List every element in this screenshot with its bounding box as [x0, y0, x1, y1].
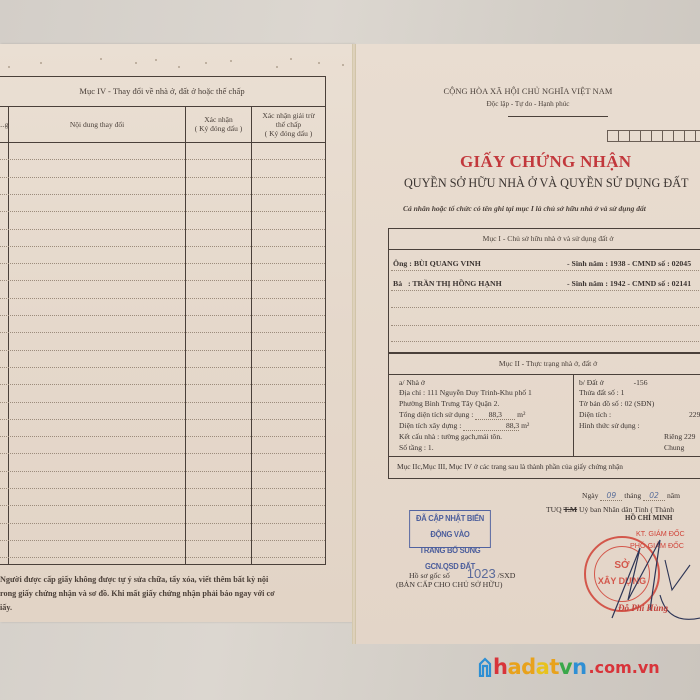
day-value: 09 [600, 491, 622, 501]
stamp-line-1: ĐÃ CẬP NHẬT BIẾN ĐỘNG VÀO [410, 511, 490, 543]
issue-date: Ngày 09 tháng 02 năm [582, 491, 680, 501]
certificate-subtitle: QUYỀN SỞ HỮU NHÀ Ở VÀ QUYỀN SỬ DỤNG ĐẤT [404, 176, 688, 191]
house-floors: Số tầng : 1. [399, 443, 434, 452]
owner-prefix: Bà : [393, 279, 411, 288]
label: năm [667, 491, 680, 500]
table-row [0, 367, 325, 368]
table-row [0, 540, 325, 541]
dotted-line [391, 341, 700, 342]
table-row [0, 402, 325, 403]
signer-title-1: KT. GIÁM ĐỐC [636, 528, 685, 540]
owner-row-1: Ông : BÙI QUANG VINH [393, 259, 481, 268]
land-private: Riêng 229 [664, 432, 695, 441]
watermark-letter: a [536, 655, 550, 679]
motto: Độc lập - Tự do - Hạnh phúc [356, 100, 700, 108]
section-4-table: Mục IV - Thay đổi về nhà ở, đất ở hoặc t… [0, 76, 326, 565]
unit: m² [517, 410, 525, 419]
file-number-value: 1023 [452, 566, 496, 581]
house-logo-icon [478, 657, 492, 677]
label: Địa chỉ : [399, 388, 425, 397]
table-row [0, 229, 325, 230]
owner-birth-2: - Sinh năm : 1942 - CMND số : 02141 [567, 279, 691, 288]
dotted-line [391, 270, 700, 271]
watermark-domain: .com.vn [589, 659, 660, 677]
table-row [0, 159, 325, 160]
column-divider [185, 106, 186, 564]
watermark-brand: hadatvn [493, 657, 587, 677]
table-row [0, 332, 325, 333]
watermark-letter: v [559, 655, 572, 679]
watermark-letter: a [507, 655, 521, 679]
issuer-line: TUQ T.M Uỷ ban Nhân dân Tỉnh ( Thành [546, 505, 674, 514]
issuer-city: HỒ CHÍ MINH [625, 514, 672, 522]
value: -156 [634, 378, 648, 387]
issuer-text: Uỷ ban Nhân dân Tỉnh ( Thành [579, 505, 674, 514]
table-row [0, 557, 325, 558]
house-heading: a/ Nhà ở [399, 378, 425, 387]
owner-birth-1: - Sinh năm : 1938 - CMND số : 02045 [567, 259, 691, 268]
table-row [0, 263, 325, 264]
label: Diện tích xây dựng : [399, 421, 461, 430]
header-cell-confirm: Xác nhận ( Ký đóng dấu ) [186, 106, 251, 142]
section-2-footer: Mục IIc,Mục III, Mục IV ở các trang sau … [388, 457, 700, 479]
column-divider [8, 106, 9, 564]
value: 02 (SĐN) [625, 399, 655, 408]
section-1-box: Mục I - Chủ sở hữu nhà ở và sử dụng đất … [388, 228, 700, 353]
label: Thửa đất số : [579, 388, 619, 397]
signer-name: Đỗ Phi Hùng [618, 603, 668, 613]
header-cell-content: Nội dung thay đổi [9, 106, 185, 142]
month-value: 02 [643, 491, 665, 501]
table-row [0, 523, 325, 524]
unit: m² [521, 421, 529, 430]
table-row [0, 436, 325, 437]
house-address-line1: Địa chỉ : 111 Nguyễn Duy Trinh-Khu phố 1 [399, 388, 532, 397]
land-area: Diện tích : 229 [579, 410, 611, 419]
certificate-intro: Cá nhân hoặc tổ chức có tên ghi tại mục … [403, 204, 646, 213]
table-row [0, 488, 325, 489]
motto-underline [508, 116, 608, 117]
label: TUQ [546, 505, 562, 514]
land-shared: Chung [664, 443, 684, 452]
value: 111 Nguyễn Duy Trinh-Khu phố 1 [427, 388, 532, 397]
value: 1. [428, 443, 434, 452]
label: Kết cấu nhà : [399, 432, 439, 441]
section-2-title: Mục II - Thực trạng nhà ở, đất ở [389, 354, 700, 375]
value: 229 [689, 410, 700, 419]
table-row [0, 194, 325, 195]
value: tường gạch,mái tôn. [441, 432, 502, 441]
section-2-footer-text: Mục IIc,Mục III, Mục IV ở các trang sau … [397, 457, 623, 477]
value: 88,3 [475, 410, 515, 420]
owner-prefix: Ông : [393, 259, 412, 268]
official-seal: SỞ XÂY DỰNG [584, 536, 660, 612]
seal-line-2: XÂY DỰNG [586, 576, 658, 586]
owner-name: BÙI QUANG VINH [414, 259, 481, 268]
warning-line: iấy. [0, 601, 340, 615]
label: Diện tích : [579, 410, 611, 419]
section-2-box: Mục II - Thực trạng nhà ở, đất ở a/ Nhà … [388, 353, 700, 457]
certificate-title: GIẤY CHỨNG NHẬN [460, 152, 631, 172]
table-row [0, 505, 325, 506]
table-row [0, 384, 325, 385]
seal-inner-ring [594, 546, 650, 602]
watermark-letter: n [572, 655, 586, 679]
value: 88,3 [463, 421, 519, 431]
dotted-line [391, 307, 700, 308]
table-row [0, 298, 325, 299]
house-structure: Kết cấu nhà : tường gạch,mái tôn. [399, 432, 502, 441]
struck-text: T.M [564, 505, 578, 514]
watermark-logo: hadatvn .com.vn [478, 657, 660, 677]
label: Tờ bản đồ số : [579, 399, 623, 408]
header-cell-release: Xác nhận giải trừ thế chấp ( Ký đóng dấu… [252, 106, 325, 142]
left-page: Mục IV - Thay đổi về nhà ở, đất ở hoặc t… [0, 44, 354, 622]
label: tháng [624, 491, 641, 500]
owner-row-2: Bà : TRẦN THỊ HỒNG HẠNH [393, 279, 502, 288]
watermark-letter: t [549, 655, 559, 679]
copy-for-owner: (BẢN CẤP CHO CHỦ SỞ HỮU) [396, 580, 502, 589]
warning-line: rong giấy chứng nhận và sơ đồ. Khi mất g… [0, 587, 340, 601]
column-divider [251, 106, 252, 564]
warning-note: Người được cấp giấy không được tự ý sửa … [0, 573, 340, 615]
table-row [0, 471, 325, 472]
table-row [0, 246, 325, 247]
dotted-line [391, 290, 700, 291]
table-row [0, 211, 325, 212]
value: 229 [684, 432, 695, 441]
warning-line: Người được cấp giấy không được tự ý sửa … [0, 573, 340, 587]
table-row [0, 177, 325, 178]
update-stamp: ĐÃ CẬP NHẬT BIẾN ĐỘNG VÀO TRANG BỔ SUNG … [409, 510, 491, 548]
section-1-title: Mục I - Chủ sở hữu nhà ở và sử dụng đất … [389, 229, 700, 250]
table-row [0, 419, 325, 420]
watermark-letter: d [521, 655, 536, 679]
label: b/ Đất ở [579, 378, 604, 387]
owner-name: TRẦN THỊ HỒNG HẠNH [412, 279, 501, 288]
republic-heading: CỘNG HÒA XÃ HỘI CHỦ NGHĨA VIỆT NAM [356, 87, 700, 96]
house-total-area: Tổng diện tích sử dụng : 88,3 m² [399, 410, 525, 420]
dotted-line [391, 325, 700, 326]
file-number: Hồ sơ gốc số 1023 /SXD [409, 566, 515, 581]
table-row [0, 280, 325, 281]
section-4-title: Mục IV - Thay đổi về nhà ở, đất ở hoặc t… [0, 77, 325, 107]
serial-box [695, 130, 700, 142]
table-row [0, 453, 325, 454]
label: Ngày [582, 491, 598, 500]
label: Tổng diện tích sử dụng : [399, 410, 473, 419]
suffix: /SXD [498, 571, 516, 580]
value: 1 [621, 388, 625, 397]
seal-line-1: SỞ [586, 560, 658, 571]
header-cell-cut: ...g [0, 106, 8, 142]
table-row [0, 315, 325, 316]
label: Riêng [664, 432, 682, 441]
label: Hồ sơ gốc số [409, 571, 450, 580]
table-row [0, 350, 325, 351]
label: Số tầng : [399, 443, 426, 452]
column-divider [573, 374, 574, 456]
house-built-area: Diện tích xây dựng : 88,3 m² [399, 421, 529, 431]
watermark-letter: h [493, 655, 507, 679]
house-address-line2: Phường Bình Trưng Tây Quận 2. [399, 399, 499, 408]
land-usage: Hình thức sử dụng : [579, 421, 640, 430]
land-heading: b/ Đất ở -156 [579, 378, 648, 387]
serial-number-boxes [608, 130, 700, 142]
land-map: Tờ bản đồ số : 02 (SĐN) [579, 399, 654, 408]
land-parcel: Thửa đất số : 1 [579, 388, 624, 397]
